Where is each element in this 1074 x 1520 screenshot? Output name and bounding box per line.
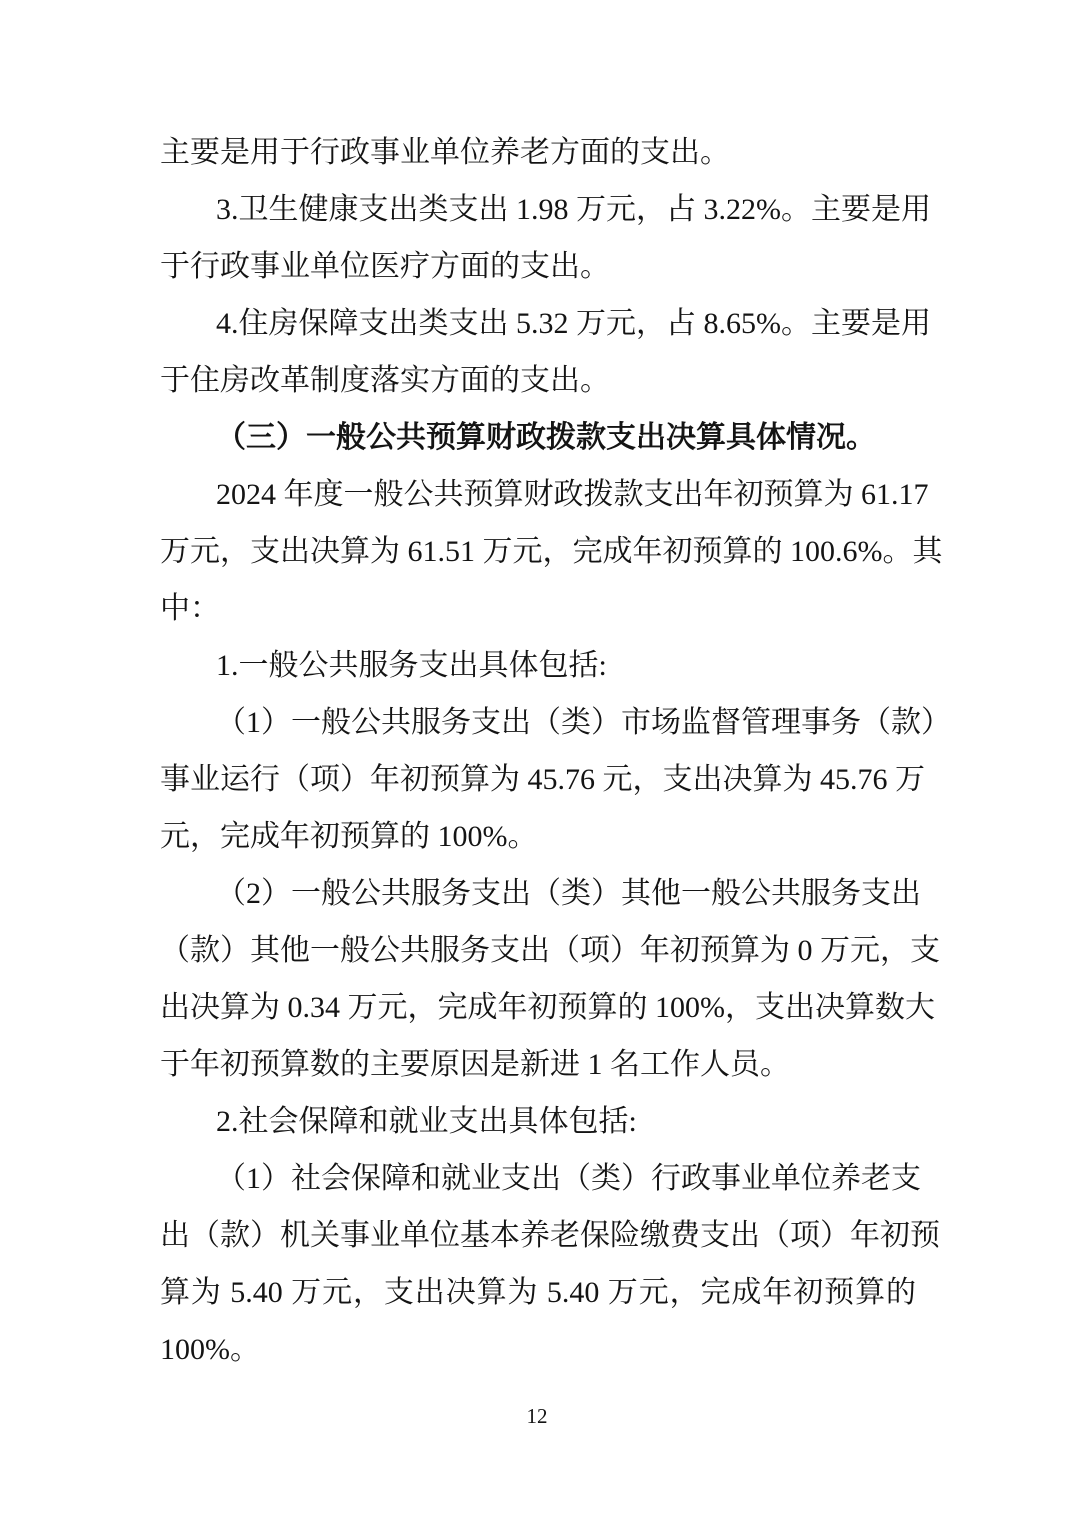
text-line: 万元，支出决算为 61.51 万元，完成年初预算的 100.6%。其 bbox=[160, 523, 916, 580]
paragraph: 1.一般公共服务支出具体包括: bbox=[160, 637, 916, 694]
text-line: 出决算为 0.34 万元，完成年初预算的 100%，支出决算数大 bbox=[160, 979, 916, 1036]
paragraph: （2）一般公共服务支出（类）其他一般公共服务支出（款）其他一般公共服务支出（项）… bbox=[160, 865, 916, 1093]
text-line: 3.卫生健康支出类支出 1.98 万元，占 3.22%。主要是用 bbox=[160, 181, 916, 238]
text-line: （1）一般公共服务支出（类）市场监督管理事务（款） bbox=[160, 694, 916, 751]
page-number: 12 bbox=[0, 1404, 1074, 1429]
paragraph: 4.住房保障支出类支出 5.32 万元，占 8.65%。主要是用于住房改革制度落… bbox=[160, 295, 916, 409]
paragraph: 2024 年度一般公共预算财政拨款支出年初预算为 61.17万元，支出决算为 6… bbox=[160, 466, 916, 637]
text-line: 4.住房保障支出类支出 5.32 万元，占 8.65%。主要是用 bbox=[160, 295, 916, 352]
text-line: （1）社会保障和就业支出（类）行政事业单位养老支 bbox=[160, 1150, 916, 1207]
text-line: 出（款）机关事业单位基本养老保险缴费支出（项）年初预 bbox=[160, 1207, 916, 1264]
paragraph: 主要是用于行政事业单位养老方面的支出。 bbox=[160, 124, 916, 181]
text-line: 于住房改革制度落实方面的支出。 bbox=[160, 352, 916, 409]
text-line: 元，完成年初预算的 100%。 bbox=[160, 808, 916, 865]
text-line: 100%。 bbox=[160, 1321, 916, 1378]
text-line: 于年初预算数的主要原因是新进 1 名工作人员。 bbox=[160, 1036, 916, 1093]
text-line: （三）一般公共预算财政拨款支出决算具体情况。 bbox=[160, 409, 916, 466]
paragraph: （1）社会保障和就业支出（类）行政事业单位养老支出（款）机关事业单位基本养老保险… bbox=[160, 1150, 916, 1378]
text-line: 1.一般公共服务支出具体包括: bbox=[160, 637, 916, 694]
paragraph: 2.社会保障和就业支出具体包括: bbox=[160, 1093, 916, 1150]
text-line: 2.社会保障和就业支出具体包括: bbox=[160, 1093, 916, 1150]
paragraph: 3.卫生健康支出类支出 1.98 万元，占 3.22%。主要是用于行政事业单位医… bbox=[160, 181, 916, 295]
document-body: 主要是用于行政事业单位养老方面的支出。3.卫生健康支出类支出 1.98 万元，占… bbox=[160, 124, 916, 1378]
text-line: 中： bbox=[160, 580, 916, 637]
text-line: （2）一般公共服务支出（类）其他一般公共服务支出 bbox=[160, 865, 916, 922]
text-line: 事业运行（项）年初预算为 45.76 元，支出决算为 45.76 万 bbox=[160, 751, 916, 808]
text-line: 2024 年度一般公共预算财政拨款支出年初预算为 61.17 bbox=[160, 466, 916, 523]
text-line: （款）其他一般公共服务支出（项）年初预算为 0 万元，支 bbox=[160, 922, 916, 979]
text-line: 于行政事业单位医疗方面的支出。 bbox=[160, 238, 916, 295]
document-page: 主要是用于行政事业单位养老方面的支出。3.卫生健康支出类支出 1.98 万元，占… bbox=[0, 0, 1074, 1520]
section-heading: （三）一般公共预算财政拨款支出决算具体情况。 bbox=[160, 409, 916, 466]
text-line: 主要是用于行政事业单位养老方面的支出。 bbox=[160, 124, 916, 181]
text-line: 算为 5.40 万元，支出决算为 5.40 万元，完成年初预算的 bbox=[160, 1264, 916, 1321]
paragraph: （1）一般公共服务支出（类）市场监督管理事务（款）事业运行（项）年初预算为 45… bbox=[160, 694, 916, 865]
